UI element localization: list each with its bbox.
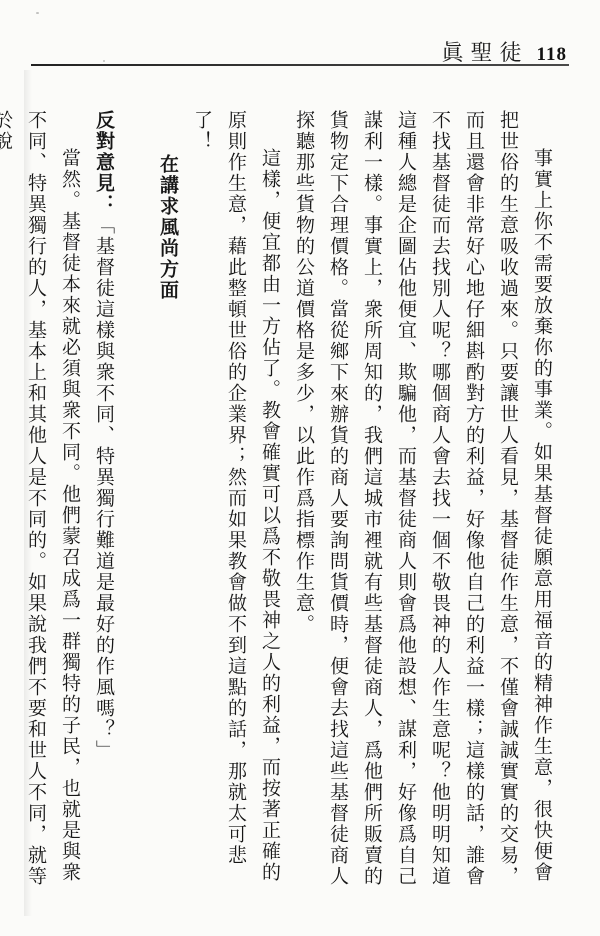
- header-rule: [31, 64, 569, 66]
- page-number: 118: [537, 44, 567, 66]
- objection-label: 反對意見：: [93, 110, 114, 215]
- scanned-book-page: 眞聖徒 118 事實上你不需要放棄你的事業。如果基督徒願意用福音的精神作生意，很…: [0, 0, 600, 936]
- book-title: 眞聖徒: [442, 36, 529, 67]
- section-heading-fashion: 在講求風尚方面: [150, 110, 184, 890]
- vertical-text-body: 事實上你不需要放棄你的事業。如果基督徒願意用福音的精神作生意，很快便會把世俗的生…: [0, 110, 558, 890]
- paragraph-answer: 當然。基督徒本來就必須與衆不同。他們蒙召成爲一群獨特的子民，也就是與衆不同、特異…: [0, 110, 86, 890]
- scan-speck: [103, 60, 105, 62]
- objection-quote: 「基督徒這樣與衆不同、特異獨行難道是最好的作風嗎？」: [93, 215, 114, 761]
- page-header: 眞聖徒 118: [442, 36, 567, 67]
- paragraph-church-influence: 這樣，便宜都由一方佔了。教會確實可以爲不敬畏神之人的利益，而按著正確的原則作生意…: [184, 110, 286, 890]
- paragraph-objection: 反對意見：「基督徒這樣與衆不同、特異獨行難道是最好的作風嗎？」: [86, 110, 120, 890]
- paragraph-business-witness: 事實上你不需要放棄你的事業。如果基督徒願意用福音的精神作生意，很快便會把世俗的生…: [286, 110, 558, 890]
- scan-speck: [36, 12, 39, 14]
